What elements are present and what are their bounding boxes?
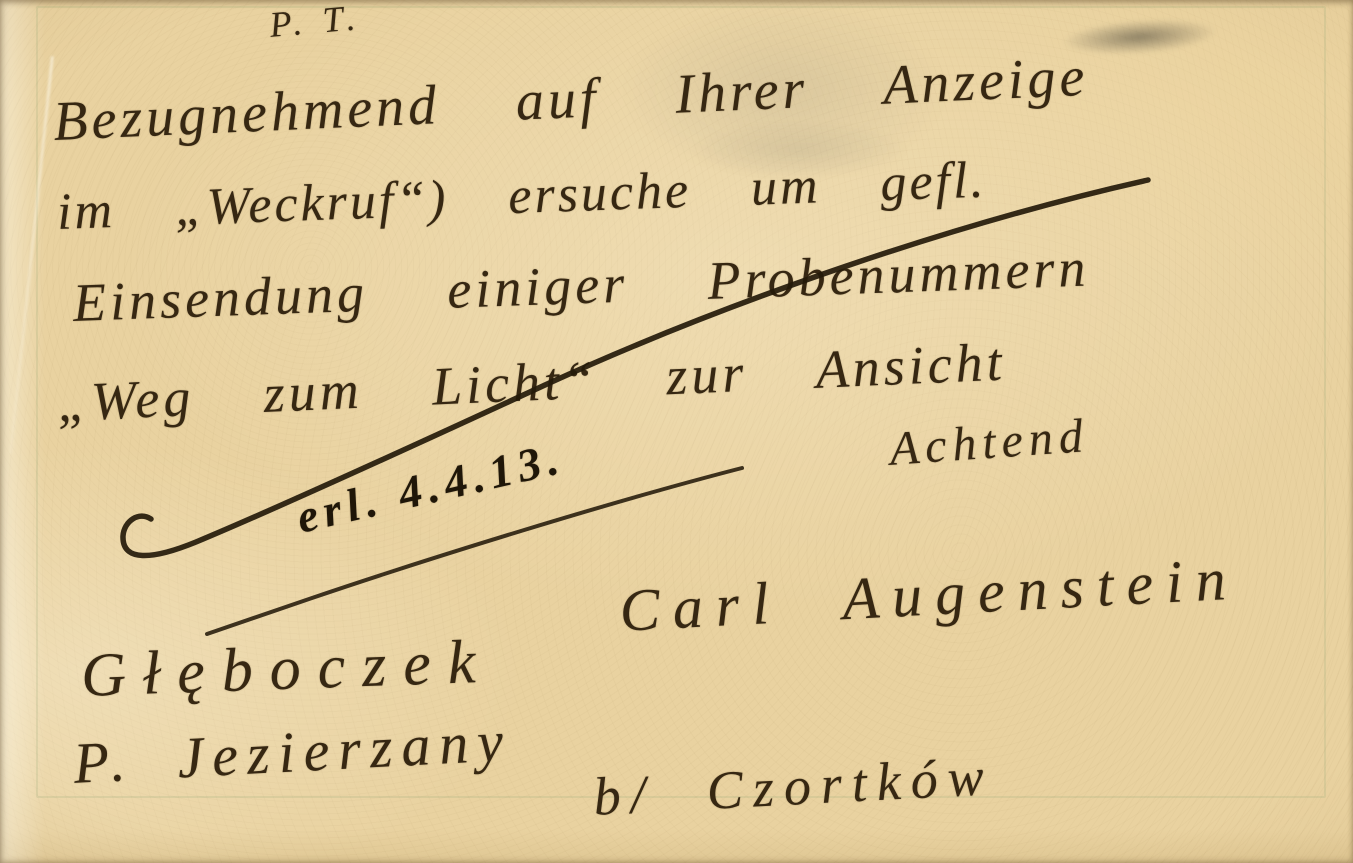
processing-date-note: erl. 4.4.13.	[292, 433, 569, 544]
sender-address-line-3: b/ Czortków	[592, 747, 995, 827]
sender-address-line-1: Głęboczek	[80, 628, 493, 710]
message-line-2: im „Weckruf“) ersuche um gefl.	[56, 152, 987, 242]
paper-crease	[9, 56, 54, 454]
postcard-scan: P. T. Bezugnehmend auf Ihrer Anzeige im …	[0, 0, 1353, 863]
salutation: P. T.	[268, 0, 363, 45]
message-line-3: Einsendung einiger Probenummern	[72, 239, 1090, 334]
message-line-4: „Weg zum Licht“ zur Ansicht	[56, 333, 1007, 434]
signature: Carl Augenstein	[618, 546, 1240, 644]
sender-address-line-2: P. Jezierzany	[72, 709, 514, 796]
message-line-5-closing: Achtend	[888, 410, 1090, 477]
